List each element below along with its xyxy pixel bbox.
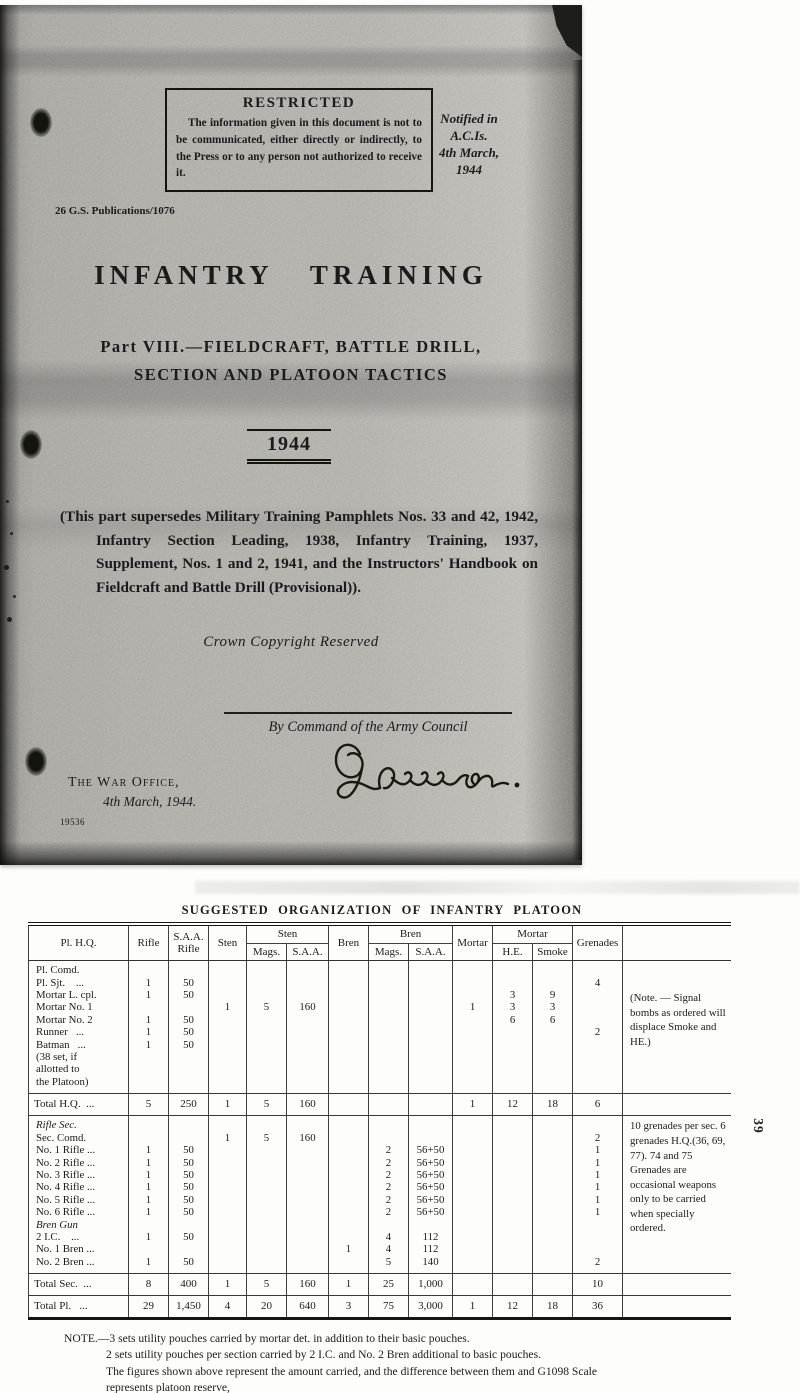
platoon-organization-table: Pl. H.Q. Rifle S.A.A. Rifle Sten Sten Br… bbox=[28, 922, 731, 1320]
table-line bbox=[249, 1231, 284, 1243]
total-value: 400 bbox=[169, 1274, 209, 1296]
table-line bbox=[411, 1051, 450, 1063]
remark-cell bbox=[623, 1296, 731, 1319]
table-line: No. 2 Bren ... bbox=[31, 1256, 126, 1268]
table-line bbox=[535, 1157, 570, 1169]
table-line bbox=[249, 1119, 284, 1131]
total-value: 12 bbox=[493, 1094, 533, 1116]
table-line bbox=[289, 989, 326, 1001]
total-value: 5 bbox=[129, 1094, 169, 1116]
table-line bbox=[535, 977, 570, 989]
table-line bbox=[211, 1039, 244, 1051]
table-line bbox=[289, 1256, 326, 1268]
table-line bbox=[249, 1157, 284, 1169]
table-line: 4 bbox=[575, 977, 620, 989]
table-line: 2 bbox=[575, 1132, 620, 1144]
table-header: Pl. H.Q. Rifle S.A.A. Rifle Sten Sten Br… bbox=[29, 924, 731, 961]
issue-date: 4th March, 1944. bbox=[103, 794, 196, 810]
total-value bbox=[329, 1094, 369, 1116]
table-line bbox=[211, 1206, 244, 1218]
table-line: 1 bbox=[575, 1181, 620, 1193]
table-line: 50 bbox=[171, 1169, 206, 1181]
footnote-line: NOTE.—3 sets utility pouches carried by … bbox=[64, 1331, 776, 1347]
table-line bbox=[411, 964, 450, 976]
total-value: 20 bbox=[247, 1296, 287, 1319]
table-line: 2 bbox=[371, 1157, 406, 1169]
table-line bbox=[411, 1119, 450, 1131]
restricted-body-text: The information given in this document i… bbox=[176, 115, 422, 182]
table-line: 160 bbox=[289, 1001, 326, 1013]
table-line bbox=[455, 1063, 490, 1075]
table-line bbox=[535, 1256, 570, 1268]
table-line bbox=[249, 1014, 284, 1026]
table-line bbox=[331, 964, 366, 976]
table-line bbox=[289, 1063, 326, 1075]
total-value: 3,000 bbox=[409, 1296, 453, 1319]
by-command-line: By Command of the Army Council bbox=[224, 712, 512, 736]
table-line bbox=[455, 1157, 490, 1169]
restricted-notice-box: RESTRICTED The information given in this… bbox=[165, 88, 433, 192]
footnote-line: 2 sets utility pouches per section carri… bbox=[64, 1347, 776, 1363]
values-cell: 222222 445 bbox=[369, 1116, 409, 1274]
total-value: 75 bbox=[369, 1296, 409, 1319]
total-value bbox=[409, 1094, 453, 1116]
group-header-mortar: Mortar bbox=[493, 924, 573, 943]
table-line bbox=[211, 1014, 244, 1026]
table-line: 3 bbox=[495, 1001, 530, 1013]
table-line: Mortar L. cpl. bbox=[31, 989, 126, 1001]
print-code: 19536 bbox=[60, 817, 85, 827]
table-line bbox=[249, 989, 284, 1001]
table-line: 160 bbox=[289, 1132, 326, 1144]
platoon-organization-section: SUGGESTED ORGANIZATION OF INFANTRY PLATO… bbox=[28, 903, 736, 1320]
total-value: 25 bbox=[369, 1274, 409, 1296]
col-header-mortar: Mortar bbox=[453, 924, 493, 961]
table-line bbox=[575, 1119, 620, 1131]
table-line bbox=[249, 1243, 284, 1255]
table-line bbox=[371, 1076, 406, 1088]
table-line: 1 bbox=[131, 1169, 166, 1181]
table-line: 1 bbox=[455, 1001, 490, 1013]
cover-right-edge-shadow bbox=[572, 60, 582, 860]
table-line bbox=[211, 1076, 244, 1088]
table-line bbox=[575, 1039, 620, 1051]
table-line bbox=[289, 964, 326, 976]
table-line bbox=[171, 1243, 206, 1255]
table-line bbox=[249, 1181, 284, 1193]
table-line bbox=[289, 1119, 326, 1131]
table-line bbox=[249, 1144, 284, 1156]
row-labels-cell: Rifle Sec.Sec. Comd.No. 1 Rifle ...No. 2… bbox=[29, 1116, 129, 1274]
table-line bbox=[575, 1001, 620, 1013]
col-header-sten: Sten bbox=[209, 924, 247, 961]
table-line bbox=[535, 1169, 570, 1181]
table-line: 3 bbox=[535, 1001, 570, 1013]
table-line bbox=[411, 1026, 450, 1038]
table-line: 1 bbox=[131, 1181, 166, 1193]
table-line bbox=[249, 1026, 284, 1038]
table-line: 56+50 bbox=[411, 1206, 450, 1218]
total-value: 5 bbox=[247, 1274, 287, 1296]
table-line bbox=[371, 964, 406, 976]
table-line bbox=[535, 1119, 570, 1131]
table-line bbox=[495, 1051, 530, 1063]
table-line bbox=[171, 1219, 206, 1231]
table-line bbox=[411, 1014, 450, 1026]
table-line bbox=[131, 1076, 166, 1088]
group-header-bren: Bren bbox=[369, 924, 453, 943]
table-line bbox=[495, 1132, 530, 1144]
table-line bbox=[455, 1144, 490, 1156]
table-line: 50 bbox=[171, 1194, 206, 1206]
table-line bbox=[289, 1144, 326, 1156]
table-line bbox=[289, 1051, 326, 1063]
table-line bbox=[455, 1206, 490, 1218]
table-line: 1 bbox=[131, 1157, 166, 1169]
values-cell bbox=[329, 961, 369, 1094]
table-line bbox=[331, 1181, 366, 1193]
table-line: 56+50 bbox=[411, 1194, 450, 1206]
table-line bbox=[535, 964, 570, 976]
table-line bbox=[171, 1001, 206, 1013]
table-line: No. 5 Rifle ... bbox=[31, 1194, 126, 1206]
table-line bbox=[171, 1051, 206, 1063]
table-line bbox=[371, 1051, 406, 1063]
table-line bbox=[455, 1026, 490, 1038]
table-line bbox=[535, 1076, 570, 1088]
table-line bbox=[331, 1231, 366, 1243]
table-line bbox=[535, 1039, 570, 1051]
table-line bbox=[371, 989, 406, 1001]
table-line: Pl. Sjt. ... bbox=[31, 977, 126, 989]
total-value: 36 bbox=[573, 1296, 623, 1319]
col-header-sten-saa: S.A.A. bbox=[287, 943, 329, 961]
table-line bbox=[331, 1026, 366, 1038]
table-line bbox=[455, 989, 490, 1001]
table-line: 50 bbox=[171, 1157, 206, 1169]
values-cell: 336 bbox=[493, 961, 533, 1094]
total-value bbox=[369, 1094, 409, 1116]
table-line: 50 bbox=[171, 1039, 206, 1051]
table-line: Mortar No. 1 bbox=[31, 1001, 126, 1013]
table-line bbox=[455, 1132, 490, 1144]
table-line bbox=[331, 989, 366, 1001]
table-line bbox=[575, 1076, 620, 1088]
total-value: 1 bbox=[329, 1274, 369, 1296]
table-line bbox=[495, 1206, 530, 1218]
table-line bbox=[289, 1169, 326, 1181]
table-line: 1 bbox=[331, 1243, 366, 1255]
table-line: 2 bbox=[371, 1206, 406, 1218]
total-value: 8 bbox=[129, 1274, 169, 1296]
table-line: 2 bbox=[371, 1169, 406, 1181]
table-line: allotted to bbox=[31, 1063, 126, 1075]
total-value bbox=[453, 1274, 493, 1296]
total-value: 3 bbox=[329, 1296, 369, 1319]
values-cell bbox=[369, 961, 409, 1094]
total-value: 1 bbox=[209, 1274, 247, 1296]
table-line bbox=[575, 989, 620, 1001]
table-line bbox=[211, 1026, 244, 1038]
table-line bbox=[289, 1026, 326, 1038]
table-line bbox=[289, 1194, 326, 1206]
table-line bbox=[535, 1144, 570, 1156]
table-line: 6 bbox=[495, 1014, 530, 1026]
total-value: 18 bbox=[533, 1094, 573, 1116]
footnote-line: The figures shown above represent the am… bbox=[64, 1364, 776, 1380]
table-line bbox=[371, 1001, 406, 1013]
values-cell: 936 bbox=[533, 961, 573, 1094]
table-line bbox=[289, 1157, 326, 1169]
table-line bbox=[455, 1039, 490, 1051]
total-label: Total H.Q. ... bbox=[29, 1094, 129, 1116]
scan-streak-artifact bbox=[195, 881, 800, 894]
page-number: 39 bbox=[750, 1118, 766, 1134]
table-line bbox=[495, 1026, 530, 1038]
total-value: 1 bbox=[453, 1296, 493, 1319]
total-label: Total Pl. ... bbox=[29, 1296, 129, 1319]
table-line bbox=[331, 1219, 366, 1231]
table-line bbox=[411, 1132, 450, 1144]
total-value: 1,450 bbox=[169, 1296, 209, 1319]
table-line bbox=[171, 1132, 206, 1144]
total-value: 6 bbox=[573, 1094, 623, 1116]
table-line bbox=[495, 1243, 530, 1255]
col-header-rifle: Rifle bbox=[129, 924, 169, 961]
table-line bbox=[575, 1231, 620, 1243]
signature-handwriting bbox=[318, 738, 523, 816]
table-line bbox=[411, 1063, 450, 1075]
table-line bbox=[535, 1132, 570, 1144]
table-line bbox=[171, 1119, 206, 1131]
table-line bbox=[331, 1256, 366, 1268]
col-header-he: H.E. bbox=[493, 943, 533, 961]
table-line bbox=[535, 1243, 570, 1255]
total-row-1: Total H.Q. ...525015160112186 bbox=[29, 1094, 731, 1116]
values-cell: 2111111 2 bbox=[573, 1116, 623, 1274]
table-line bbox=[455, 1181, 490, 1193]
total-value: 160 bbox=[287, 1274, 329, 1296]
table-line bbox=[331, 1132, 366, 1144]
table-line bbox=[211, 1157, 244, 1169]
total-value: 29 bbox=[129, 1296, 169, 1319]
table-line: Sec. Comd. bbox=[31, 1132, 126, 1144]
table-line bbox=[331, 1039, 366, 1051]
table-line bbox=[495, 1157, 530, 1169]
table-line: No. 1 Rifle ... bbox=[31, 1144, 126, 1156]
table-line bbox=[371, 977, 406, 989]
book-cover-scan: RESTRICTED The information given in this… bbox=[0, 5, 582, 865]
table-line: 1 bbox=[131, 1039, 166, 1051]
table-line: 1 bbox=[575, 1194, 620, 1206]
table-line: No. 4 Rifle ... bbox=[31, 1181, 126, 1193]
table-line: 2 bbox=[575, 1026, 620, 1038]
table-line bbox=[211, 1243, 244, 1255]
table-line bbox=[455, 1231, 490, 1243]
table-line bbox=[371, 1026, 406, 1038]
total-value: 5 bbox=[247, 1094, 287, 1116]
values-cell: 1 bbox=[453, 961, 493, 1094]
values-cell: 5 bbox=[247, 961, 287, 1094]
col-header-pl-hq: Pl. H.Q. bbox=[29, 924, 129, 961]
table-line: 9 bbox=[535, 989, 570, 1001]
table-line bbox=[575, 1243, 620, 1255]
table-line bbox=[249, 1219, 284, 1231]
total-value: 4 bbox=[209, 1296, 247, 1319]
total-value bbox=[493, 1274, 533, 1296]
table-line bbox=[249, 1076, 284, 1088]
table-line bbox=[211, 989, 244, 1001]
table-line bbox=[331, 1051, 366, 1063]
table-line: 2 bbox=[371, 1181, 406, 1193]
table-line bbox=[331, 1076, 366, 1088]
values-cell: 5 bbox=[247, 1116, 287, 1274]
values-cell: 11 111 bbox=[129, 961, 169, 1094]
table-line: 1 bbox=[575, 1157, 620, 1169]
table-line bbox=[131, 1243, 166, 1255]
table-line bbox=[331, 977, 366, 989]
grand-total-row: Total Pl. ...291,4504206403753,000112183… bbox=[29, 1296, 731, 1319]
table-line bbox=[289, 1181, 326, 1193]
table-line: 56+50 bbox=[411, 1157, 450, 1169]
table-line bbox=[211, 1051, 244, 1063]
remark-cell bbox=[623, 1274, 731, 1296]
publication-reference: 26 G.S. Publications/1076 bbox=[55, 205, 175, 217]
table-line bbox=[331, 1014, 366, 1026]
table-line bbox=[495, 977, 530, 989]
col-header-grenades: Grenades bbox=[573, 924, 623, 961]
table-line bbox=[211, 1181, 244, 1193]
table-line: 1 bbox=[575, 1206, 620, 1218]
table-line: 56+50 bbox=[411, 1169, 450, 1181]
scanned-document-page: RESTRICTED The information given in this… bbox=[0, 0, 800, 1393]
manual-title: INFANTRY TRAINING bbox=[0, 260, 582, 291]
table-line: Mortar No. 2 bbox=[31, 1014, 126, 1026]
table-line bbox=[495, 1169, 530, 1181]
table-line: Pl. Comd. bbox=[31, 964, 126, 976]
table-footnotes: NOTE.—3 sets utility pouches carried by … bbox=[64, 1331, 776, 1393]
table-line: No. 3 Rifle ... bbox=[31, 1169, 126, 1181]
table-line: 50 bbox=[171, 1206, 206, 1218]
table-line bbox=[371, 1219, 406, 1231]
issuer-war-office: The War Office, bbox=[68, 775, 180, 791]
table-line: 1 bbox=[131, 1206, 166, 1218]
table-line: 56+50 bbox=[411, 1181, 450, 1193]
table-line bbox=[495, 964, 530, 976]
table-line: 1 bbox=[575, 1169, 620, 1181]
table-line bbox=[131, 1063, 166, 1075]
table-line bbox=[495, 1181, 530, 1193]
table-line: 2 bbox=[371, 1194, 406, 1206]
table-line bbox=[331, 1157, 366, 1169]
table-line bbox=[411, 1076, 450, 1088]
table-line: 50 bbox=[171, 1231, 206, 1243]
table-line bbox=[289, 1243, 326, 1255]
table-line bbox=[249, 1039, 284, 1051]
table-line: 50 bbox=[171, 1026, 206, 1038]
table-line bbox=[211, 1119, 244, 1131]
table-line bbox=[535, 1026, 570, 1038]
table-line: 1 bbox=[131, 989, 166, 1001]
table-line: 50 bbox=[171, 989, 206, 1001]
table-line bbox=[211, 1169, 244, 1181]
table-line: 2 bbox=[371, 1144, 406, 1156]
table-line: No. 2 Rifle ... bbox=[31, 1157, 126, 1169]
table-line bbox=[289, 1014, 326, 1026]
table-line: No. 1 Bren ... bbox=[31, 1243, 126, 1255]
table-line: 56+50 bbox=[411, 1144, 450, 1156]
table-line bbox=[411, 977, 450, 989]
table-block-1: Pl. Comd.Pl. Sjt. ...Mortar L. cpl.Morta… bbox=[29, 961, 731, 1094]
table-line bbox=[331, 1194, 366, 1206]
table-line: 2 I.C. ... bbox=[31, 1231, 126, 1243]
table-line bbox=[289, 1076, 326, 1088]
table-line bbox=[211, 977, 244, 989]
table-line bbox=[131, 1219, 166, 1231]
table-line bbox=[455, 1194, 490, 1206]
table-line bbox=[455, 1169, 490, 1181]
table-line bbox=[535, 1051, 570, 1063]
table-line bbox=[535, 1206, 570, 1218]
table-line bbox=[455, 1076, 490, 1088]
table-line: 2 bbox=[575, 1256, 620, 1268]
table-line bbox=[249, 1206, 284, 1218]
table-line bbox=[131, 1119, 166, 1131]
year-badge: 1944 bbox=[247, 429, 331, 464]
table-line bbox=[249, 1256, 284, 1268]
table-line: Batman ... bbox=[31, 1039, 126, 1051]
values-cell bbox=[533, 1116, 573, 1274]
table-line bbox=[535, 1231, 570, 1243]
table-line bbox=[131, 1132, 166, 1144]
col-header-bren-saa: S.A.A. bbox=[409, 943, 453, 961]
table-title: SUGGESTED ORGANIZATION OF INFANTRY PLATO… bbox=[28, 903, 736, 918]
notified-in-acis: Notified in A.C.Is. 4th March, 1944 bbox=[415, 111, 523, 179]
total-value: 10 bbox=[573, 1274, 623, 1296]
table-line bbox=[211, 1256, 244, 1268]
punch-hole bbox=[20, 430, 42, 459]
total-value: 250 bbox=[169, 1094, 209, 1116]
table-line bbox=[535, 1181, 570, 1193]
table-line bbox=[131, 1051, 166, 1063]
table-line: 1 bbox=[131, 1256, 166, 1268]
table-line bbox=[289, 1039, 326, 1051]
remark-cell: 10 grenades per sec. 6 grenades H.Q.(36,… bbox=[623, 1116, 731, 1274]
table-line bbox=[331, 1144, 366, 1156]
total-value: 12 bbox=[493, 1296, 533, 1319]
table-line: 50 bbox=[171, 977, 206, 989]
col-header-sten-mags: Mags. bbox=[247, 943, 287, 961]
values-cell: 160 bbox=[287, 961, 329, 1094]
total-value: 1 bbox=[453, 1094, 493, 1116]
table-line: 1 bbox=[131, 1026, 166, 1038]
col-header-bren-mags: Mags. bbox=[369, 943, 409, 961]
manual-subtitle: Part VIII.—FIELDCRAFT, BATTLE DRILL, SEC… bbox=[0, 333, 582, 389]
table-line bbox=[249, 1063, 284, 1075]
table-line bbox=[131, 964, 166, 976]
table-line bbox=[171, 1076, 206, 1088]
table-line bbox=[455, 977, 490, 989]
values-cell: 1 bbox=[209, 961, 247, 1094]
remark-cell bbox=[623, 1094, 731, 1116]
table-block-2: Rifle Sec.Sec. Comd.No. 1 Rifle ...No. 2… bbox=[29, 1116, 731, 1274]
table-line bbox=[249, 964, 284, 976]
table-line bbox=[495, 1231, 530, 1243]
table-line bbox=[495, 1219, 530, 1231]
table-line bbox=[455, 1256, 490, 1268]
punch-hole bbox=[30, 108, 52, 137]
table-line bbox=[289, 977, 326, 989]
